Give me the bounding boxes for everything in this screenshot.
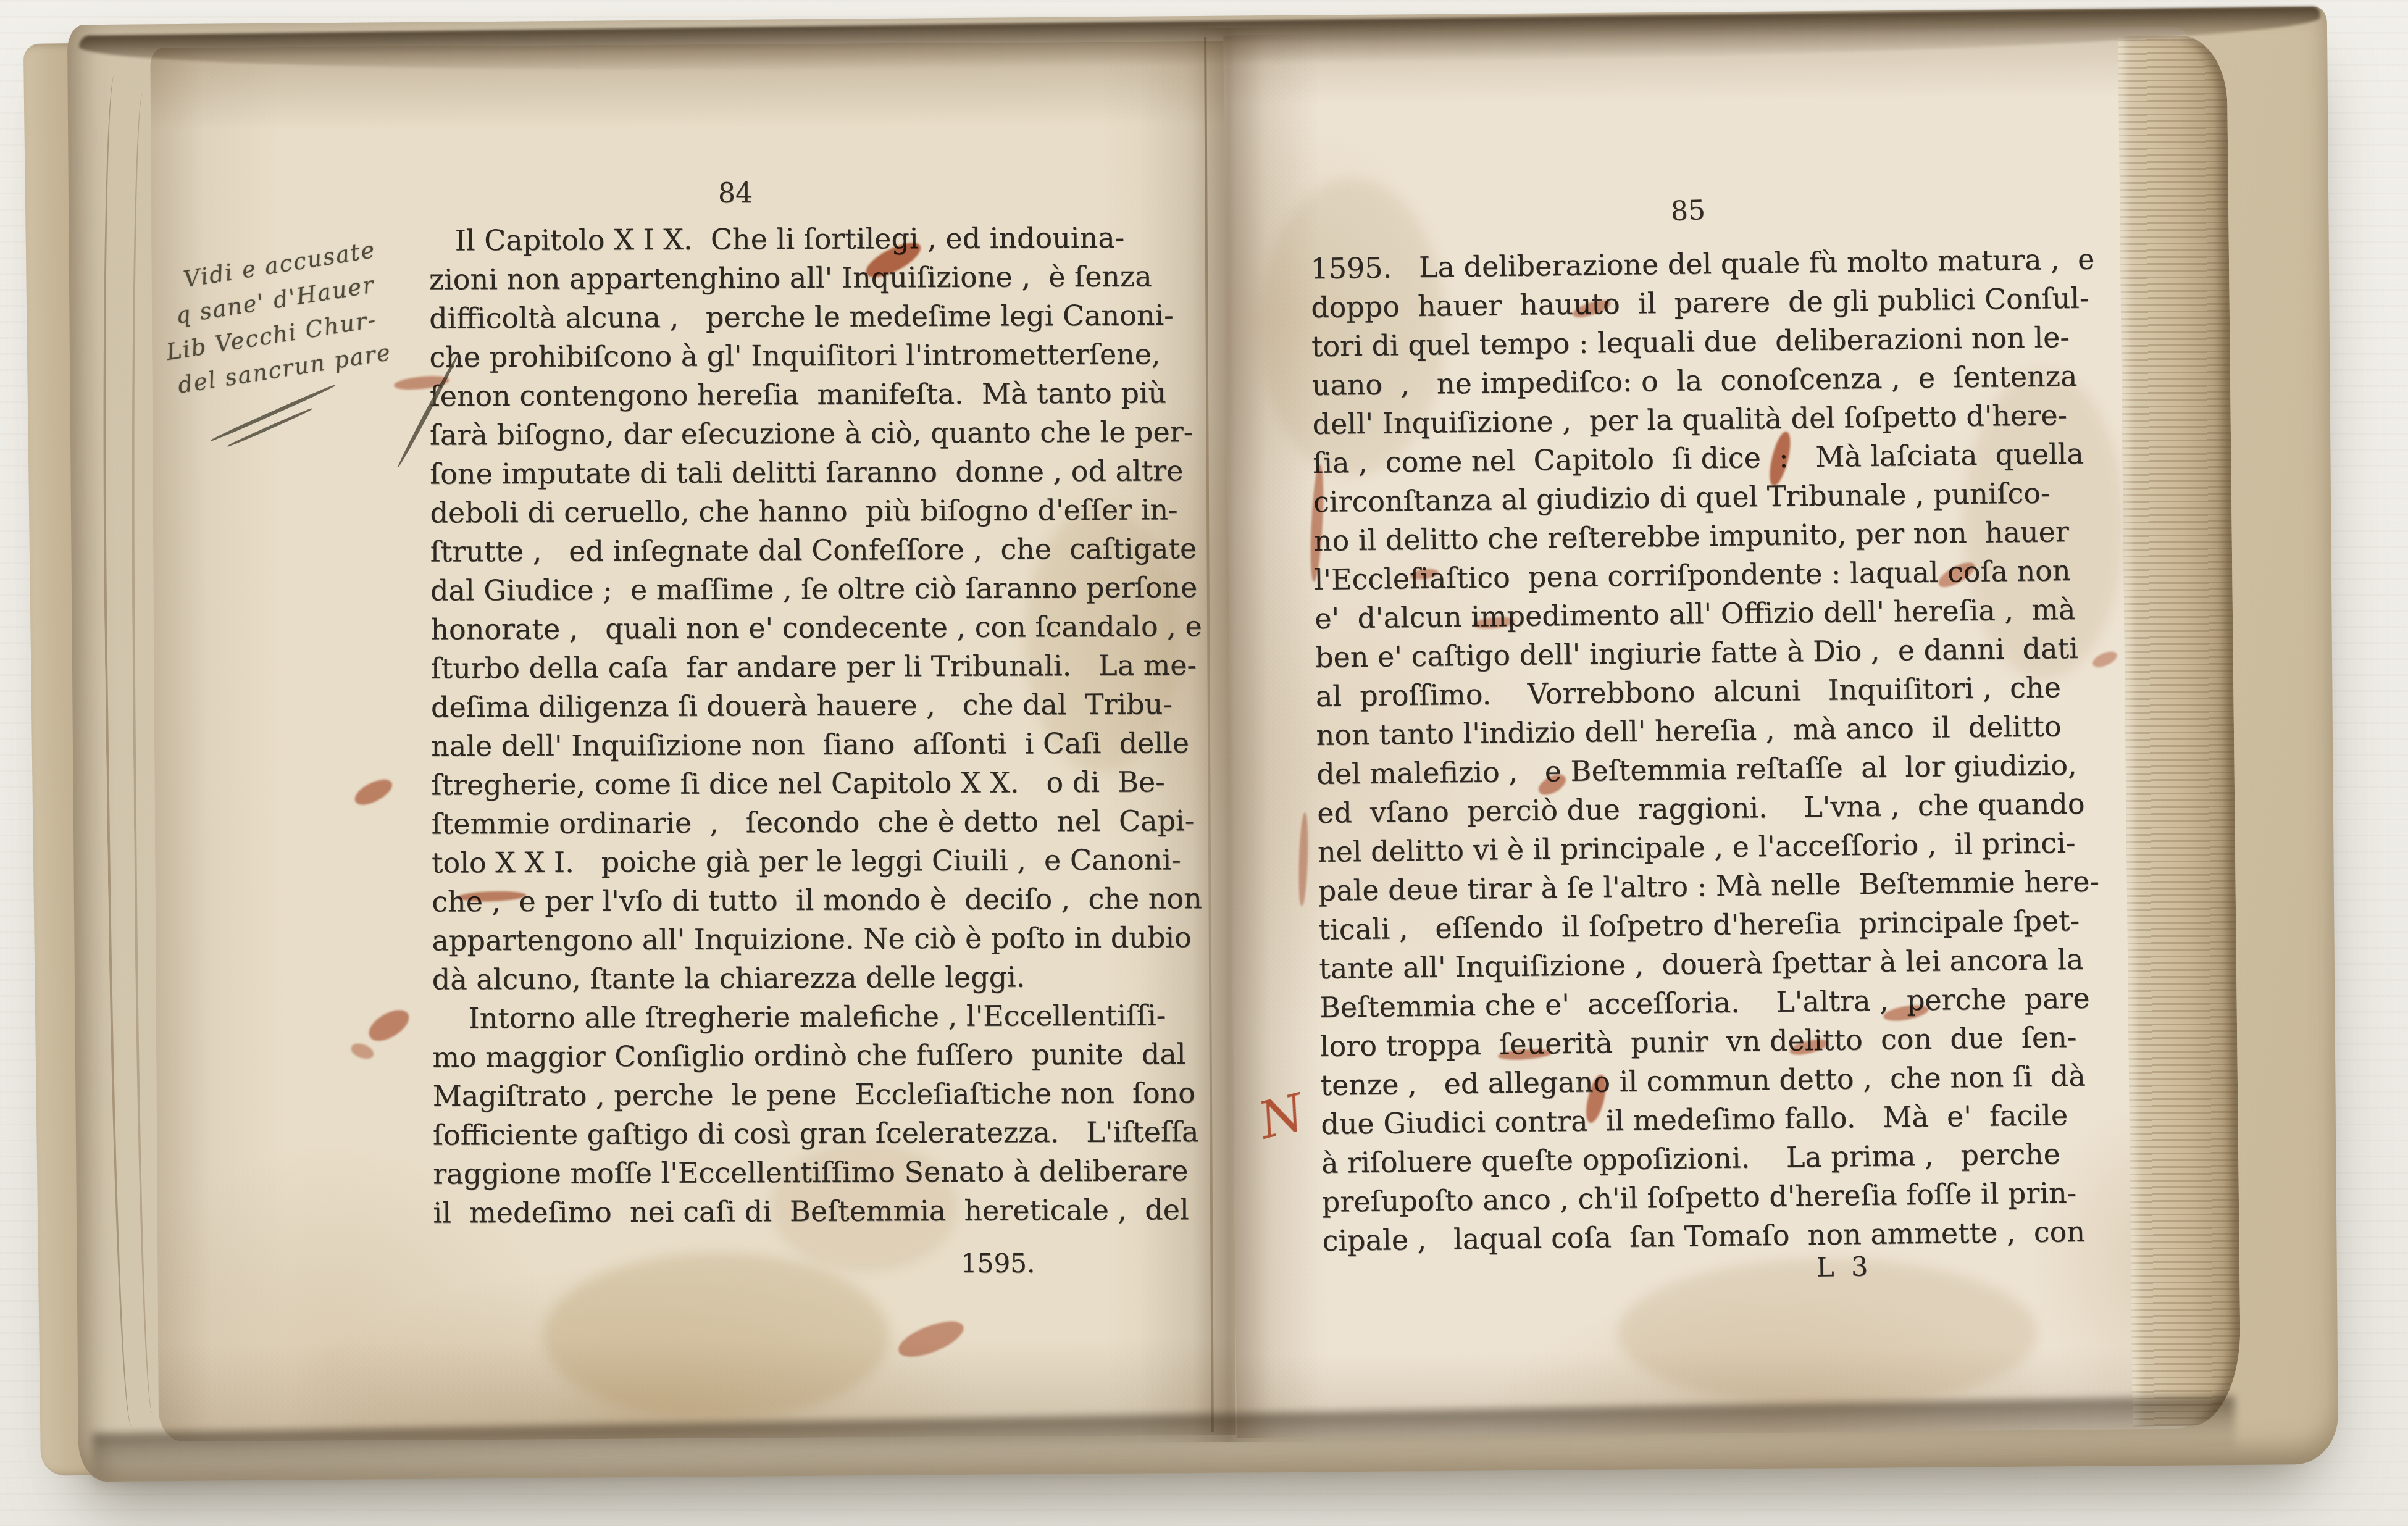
printed-text-line: che , e per l'vſo di tutto il mondo è de… [432, 879, 1166, 921]
printed-text-line: ſarà biſogno, dar eſecuzione à ciò, quan… [430, 412, 1164, 454]
printed-text-line: deboli di ceruello, che hanno più biſogn… [430, 490, 1164, 532]
right-page-text: 1595. La deliberazione del quale fù molt… [1310, 240, 2125, 1261]
printed-text-line: raggione moſſe l'Eccellentiſſimo Senato … [433, 1151, 1168, 1193]
printed-text-line: dal Giudice ; e maſſime , ſe oltre ciò ſ… [430, 568, 1165, 610]
printed-text-line: ſone imputate di tali delitti ſaranno do… [430, 451, 1164, 493]
printed-text-line: dà alcuno, ſtante la chiarezza delle leg… [432, 957, 1167, 999]
printed-text-line: Intorno alle ſtregherie malefiche , l'Ec… [432, 996, 1167, 1038]
printed-text-line: ſenon contengono hereſia manifeſta. Mà t… [430, 373, 1164, 415]
printed-text-line: honorate , quali non e' condecente , con… [430, 607, 1165, 649]
printed-text-line: zioni non appartenghino all' Inquiſizion… [429, 257, 1164, 299]
printed-text-line: appartengono all' Inquizione. Ne ciò è p… [432, 918, 1166, 960]
printed-text-line: ſtregherie, come ſi dice nel Capitolo X … [431, 762, 1166, 804]
printed-text-line: nale dell' Inquiſizione non ſiano aſſont… [431, 723, 1166, 765]
paper-stain [543, 1253, 889, 1420]
printed-text-line: tolo X X I. poiche già per le leggi Ciui… [432, 840, 1166, 882]
printed-text-line: il medeſimo nei caſi di Beſtemmia hereti… [433, 1190, 1168, 1232]
year-notation: 1595. [961, 1248, 1035, 1278]
printed-text-line: ſofficiente gaſtigo di così gran ſcelera… [433, 1112, 1168, 1154]
printed-text-line: Magiſtrato , perche le pene Eccleſiaſtic… [432, 1074, 1167, 1115]
printed-text-line: mo maggior Conſiglio ordinò che fuſſero … [432, 1035, 1167, 1077]
printed-text-line: che prohibiſcono à gl' Inquiſitori l'int… [429, 335, 1164, 377]
printed-text-line: ſtrutte , ed inſegnate dal Confeſſore , … [430, 529, 1165, 571]
printed-text-line: difficoltà alcuna , perche le medeſime l… [429, 296, 1164, 338]
page-stack-edge-right [2118, 35, 2241, 1427]
page-number-right: 85 [1670, 194, 1706, 227]
printed-text-line: deſima diligenza ſi douerà hauere , che … [431, 685, 1166, 727]
photographed-book-spread: 84 85 Il Capitolo X I X. Che li ſortileg… [0, 0, 2408, 1526]
left-page-text: Il Capitolo X I X. Che li ſortilegi , ed… [429, 218, 1168, 1232]
printed-text-line: ſturbo della caſa far andare per li Trib… [430, 646, 1165, 688]
printed-text-line: Il Capitolo X I X. Che li ſortilegi , ed… [429, 218, 1163, 260]
printed-text-line: ſtemmie ordinarie , ſecondo che è detto … [432, 801, 1166, 843]
page-number-left: 84 [718, 178, 753, 209]
signature-mark: L 3 [1816, 1251, 1868, 1283]
